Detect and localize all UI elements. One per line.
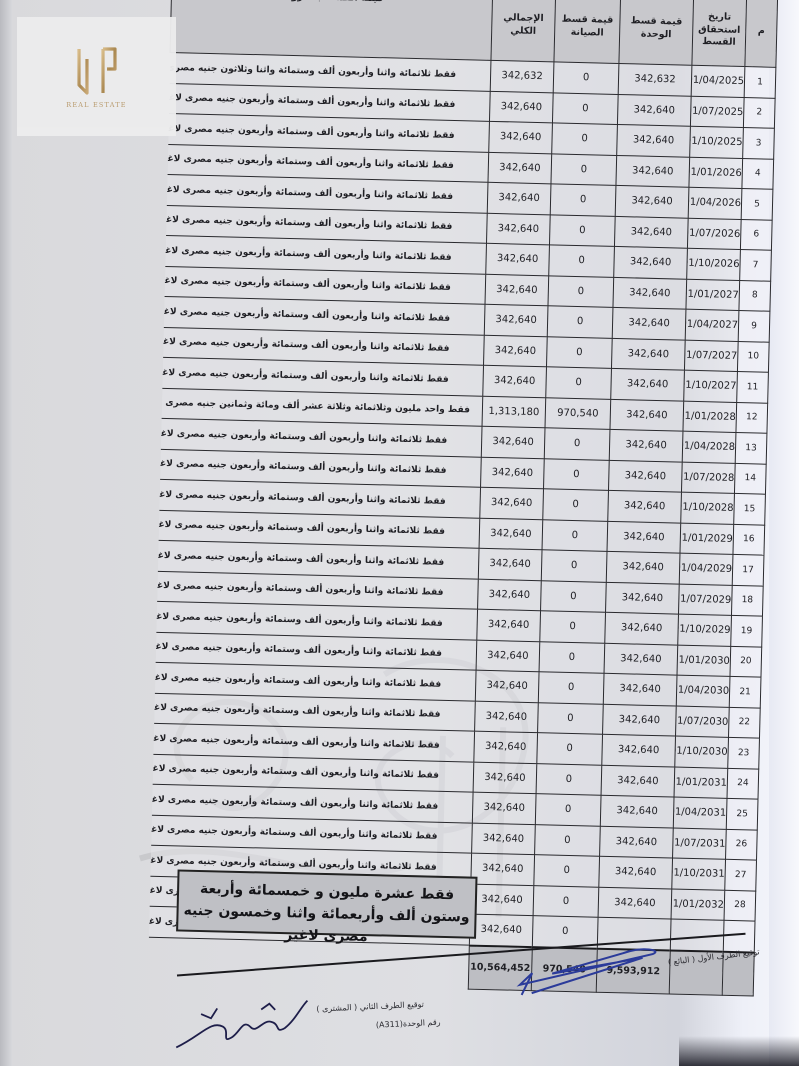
row-unit-installment: 342,640 bbox=[602, 734, 676, 766]
row-index: 11 bbox=[737, 371, 769, 402]
row-due-date: 01/10/2031 bbox=[672, 858, 726, 890]
row-maintenance-installment: 0 bbox=[541, 550, 607, 582]
row-due-date: 01/07/2026 bbox=[687, 218, 741, 250]
row-maintenance-installment: 0 bbox=[536, 763, 602, 795]
row-index: 25 bbox=[726, 798, 758, 829]
row-maintenance-installment: 0 bbox=[538, 672, 604, 704]
row-grand-total: 342,640 bbox=[481, 426, 545, 458]
row-maintenance-installment: 0 bbox=[540, 611, 606, 643]
row-unit-installment: 342,640 bbox=[606, 551, 680, 583]
row-grand-total: 342,640 bbox=[484, 304, 548, 336]
row-maintenance-installment: 0 bbox=[550, 184, 616, 216]
header-amount-in-words: قيمة القسط بالحروف bbox=[170, 0, 493, 60]
row-maintenance-installment: 0 bbox=[535, 794, 601, 826]
row-grand-total: 342,640 bbox=[475, 670, 539, 702]
row-index: 16 bbox=[733, 524, 765, 555]
second-party-signature-label: توقيع الطرف الثاني ( المشترى ) bbox=[316, 1000, 424, 1014]
row-grand-total: 342,640 bbox=[483, 365, 547, 397]
row-maintenance-installment: 0 bbox=[547, 306, 613, 338]
row-unit-installment: 342,640 bbox=[603, 673, 677, 705]
row-maintenance-installment: 0 bbox=[546, 336, 612, 368]
row-maintenance-installment: 0 bbox=[548, 275, 614, 307]
row-index: 22 bbox=[728, 707, 760, 738]
row-index: 3 bbox=[743, 128, 775, 159]
row-index: 27 bbox=[725, 859, 757, 890]
row-index: 19 bbox=[731, 615, 763, 646]
row-unit-installment: 342,640 bbox=[598, 887, 672, 919]
row-due-date: 01/01/2028 bbox=[683, 401, 737, 433]
row-index: 21 bbox=[729, 676, 761, 707]
row-due-date: 01/07/2025 bbox=[690, 96, 744, 128]
row-index: 26 bbox=[726, 829, 758, 860]
row-maintenance-installment: 0 bbox=[541, 580, 607, 612]
row-unit-installment: 342,640 bbox=[604, 643, 678, 675]
row-grand-total: 342,640 bbox=[486, 243, 550, 275]
row-maintenance-installment: 0 bbox=[537, 733, 603, 765]
row-grand-total: 342,640 bbox=[481, 457, 545, 489]
row-due-date: 01/07/2027 bbox=[684, 340, 738, 372]
logo-subtitle: Real Estate bbox=[66, 101, 127, 109]
row-due-date: 01/01/2031 bbox=[674, 767, 728, 799]
row-due-date: 01/01/2030 bbox=[677, 645, 731, 677]
row-index: 18 bbox=[731, 585, 763, 616]
row-index: 24 bbox=[727, 768, 759, 799]
total-amount-in-words: فقط عشرة مليون و خمسمائة وأربعة وستون أل… bbox=[176, 869, 477, 938]
row-index: 4 bbox=[742, 158, 774, 189]
row-grand-total: 342,640 bbox=[474, 731, 538, 763]
row-index: 6 bbox=[740, 219, 772, 250]
row-maintenance-installment: 0 bbox=[534, 855, 600, 887]
row-unit-installment: 342,640 bbox=[600, 795, 674, 827]
uip-logo-icon bbox=[75, 45, 119, 95]
row-grand-total: 342,640 bbox=[478, 579, 542, 611]
row-grand-total: 342,640 bbox=[486, 213, 550, 245]
row-index: 8 bbox=[739, 280, 771, 311]
header-maintenance-installment: قيمة قسط الصيانة bbox=[554, 0, 621, 63]
row-due-date: 01/10/2029 bbox=[678, 614, 732, 646]
row-unit-installment: 342,640 bbox=[600, 826, 674, 858]
row-due-date: 01/04/2027 bbox=[685, 309, 739, 341]
row-unit-installment: 342,640 bbox=[613, 277, 687, 309]
row-unit-installment: 342,640 bbox=[608, 460, 682, 492]
header-index: م bbox=[745, 0, 778, 67]
row-unit-installment: 342,640 bbox=[612, 307, 686, 339]
table-body: 101/04/2025342,6320342,632فقط ثلاثمائة و… bbox=[148, 53, 775, 953]
row-due-date: 01/07/2029 bbox=[678, 584, 732, 616]
row-grand-total: 1,313,180 bbox=[482, 396, 546, 428]
row-due-date: 01/04/2031 bbox=[673, 797, 727, 829]
row-index: 15 bbox=[734, 493, 766, 524]
row-due-date: 01/01/2029 bbox=[680, 523, 734, 555]
row-unit-installment: 342,640 bbox=[601, 765, 675, 797]
row-unit-installment: 342,640 bbox=[611, 368, 685, 400]
row-grand-total: 342,640 bbox=[487, 182, 551, 214]
first-party-signature-icon bbox=[511, 943, 662, 1007]
row-unit-installment: 342,640 bbox=[603, 704, 677, 736]
row-grand-total: 342,640 bbox=[484, 335, 548, 367]
row-due-date: 01/04/2028 bbox=[682, 431, 736, 463]
row-due-date: 01/07/2030 bbox=[676, 706, 730, 738]
document-sheet: م تاريخ استحقاق القسط قيمة قسط الوحدة قي… bbox=[0, 0, 799, 1066]
row-unit-installment: 342,640 bbox=[605, 612, 679, 644]
row-grand-total: 342,640 bbox=[478, 548, 542, 580]
row-maintenance-installment: 0 bbox=[551, 153, 617, 185]
row-grand-total: 342,632 bbox=[490, 60, 554, 92]
row-grand-total: 342,640 bbox=[489, 91, 553, 123]
row-grand-total: 342,640 bbox=[472, 792, 536, 824]
row-grand-total: 342,640 bbox=[475, 701, 539, 733]
row-grand-total: 342,640 bbox=[476, 640, 540, 672]
row-grand-total: 342,640 bbox=[480, 487, 544, 519]
row-unit-installment: 342,640 bbox=[599, 856, 673, 888]
brand-logo: Real Estate bbox=[17, 17, 176, 136]
row-due-date: 01/10/2027 bbox=[684, 370, 738, 402]
row-index: 14 bbox=[734, 463, 766, 494]
row-grand-total: 342,640 bbox=[471, 853, 535, 885]
row-due-date: 01/10/2028 bbox=[681, 492, 735, 524]
unit-number-label: رقم الوحدة(A311) bbox=[376, 1018, 441, 1030]
row-grand-total: 342,640 bbox=[473, 762, 537, 794]
row-maintenance-installment: 0 bbox=[538, 702, 604, 734]
row-maintenance-installment: 0 bbox=[546, 367, 612, 399]
header-due-date: تاريخ استحقاق القسط bbox=[692, 0, 747, 67]
row-unit-installment: 342,640 bbox=[609, 429, 683, 461]
row-grand-total: 342,640 bbox=[488, 152, 552, 184]
row-index: 28 bbox=[724, 890, 756, 921]
header-unit-installment: قيمة قسط الوحدة bbox=[619, 0, 694, 65]
row-grand-total: 342,640 bbox=[472, 823, 536, 855]
row-index: 7 bbox=[740, 250, 772, 281]
row-unit-installment: 342,640 bbox=[617, 124, 691, 156]
row-unit-installment: 342,640 bbox=[615, 185, 689, 217]
row-maintenance-installment: 970,540 bbox=[545, 397, 611, 429]
row-unit-installment: 342,640 bbox=[617, 94, 691, 126]
installment-schedule-table: م تاريخ استحقاق القسط قيمة قسط الوحدة قي… bbox=[147, 0, 778, 996]
row-due-date: 01/04/2026 bbox=[688, 187, 742, 219]
row-index: 2 bbox=[743, 97, 775, 128]
row-due-date: 01/10/2030 bbox=[675, 736, 729, 768]
row-grand-total: 342,640 bbox=[469, 914, 533, 947]
row-due-date: 01/01/2032 bbox=[671, 889, 725, 921]
row-maintenance-installment: 0 bbox=[544, 458, 610, 490]
row-due-date: 01/04/2029 bbox=[679, 553, 733, 585]
row-maintenance-installment: 0 bbox=[552, 92, 618, 124]
second-party-signature-icon bbox=[170, 989, 321, 1055]
row-index: 9 bbox=[738, 310, 770, 341]
row-due-date: 01/07/2028 bbox=[681, 462, 735, 494]
row-index: 12 bbox=[736, 402, 768, 433]
row-grand-total: 342,640 bbox=[489, 121, 553, 153]
row-maintenance-installment: 0 bbox=[549, 245, 615, 277]
row-unit-installment: 342,632 bbox=[618, 63, 692, 95]
row-grand-total: 342,640 bbox=[479, 518, 543, 550]
row-unit-installment: 342,640 bbox=[611, 338, 685, 370]
row-due-date: 01/10/2025 bbox=[690, 126, 744, 158]
row-unit-installment: 342,640 bbox=[607, 521, 681, 553]
row-unit-installment: 342,640 bbox=[606, 582, 680, 614]
row-index: 17 bbox=[732, 554, 764, 585]
row-index: 23 bbox=[728, 737, 760, 768]
row-due-date: 01/01/2027 bbox=[686, 279, 740, 311]
row-maintenance-installment: 0 bbox=[533, 885, 599, 917]
row-grand-total: 342,640 bbox=[477, 609, 541, 641]
row-due-date: 01/07/2031 bbox=[673, 828, 727, 860]
row-maintenance-installment: 0 bbox=[543, 489, 609, 521]
row-unit-installment: 342,640 bbox=[614, 246, 688, 278]
row-maintenance-installment: 0 bbox=[542, 519, 608, 551]
row-maintenance-installment: 0 bbox=[552, 123, 618, 155]
row-unit-installment: 342,640 bbox=[616, 155, 690, 187]
row-due-date: 01/04/2025 bbox=[691, 65, 745, 97]
row-due-date: 01/10/2026 bbox=[687, 248, 741, 280]
photo-bottom-shadow bbox=[679, 1036, 799, 1066]
row-grand-total: 342,640 bbox=[485, 274, 549, 306]
header-grand-total: الإجمالي الكلي bbox=[491, 0, 556, 62]
row-maintenance-installment: 0 bbox=[544, 428, 610, 460]
row-unit-installment: 342,640 bbox=[614, 216, 688, 248]
row-unit-installment: 342,640 bbox=[608, 490, 682, 522]
row-index: 1 bbox=[744, 67, 776, 98]
row-due-date: 01/04/2030 bbox=[676, 675, 730, 707]
row-grand-total: 342,640 bbox=[470, 884, 534, 916]
row-maintenance-installment: 0 bbox=[539, 641, 605, 673]
row-index: 5 bbox=[741, 189, 773, 220]
row-index: 10 bbox=[737, 341, 769, 372]
row-maintenance-installment: 0 bbox=[553, 62, 619, 94]
row-unit-installment: 342,640 bbox=[610, 399, 684, 431]
row-index: 13 bbox=[735, 432, 767, 463]
row-maintenance-installment: 0 bbox=[535, 824, 601, 856]
row-maintenance-installment: 0 bbox=[549, 214, 615, 246]
row-index: 20 bbox=[730, 646, 762, 677]
row-due-date: 01/01/2026 bbox=[689, 157, 743, 189]
